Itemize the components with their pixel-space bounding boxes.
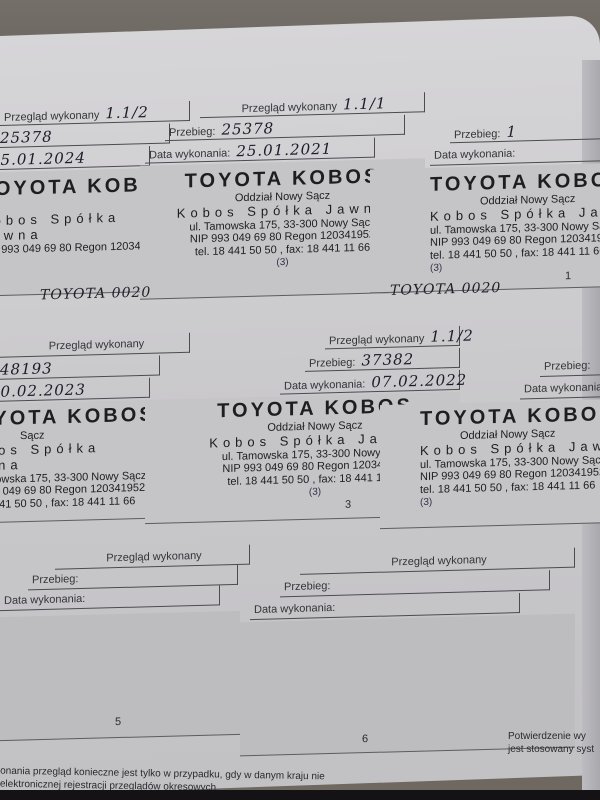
- inspection-card-3: Przebieg:1 Data wykonania: TOYOTA KOBOS …: [370, 97, 600, 294]
- dealer-stamp: TOYOTA KOBOS Oddział Nowy Sącz Kobos Spó…: [430, 168, 600, 274]
- dealer-stamp: TOYOTA KOBOS Sącz Kobos Spółka Jawna ul.…: [0, 404, 160, 513]
- dealer-stamp: TOYOTA KOBOS Oddział Nowy Sącz Kobos Spó…: [420, 402, 600, 508]
- mileage-row: Przebieg:1: [450, 119, 600, 144]
- page-number: 6: [362, 733, 368, 745]
- page-number: 3: [345, 499, 351, 511]
- date-row: Data wykonania:: [520, 377, 600, 400]
- vehicle-note: TOYOTA 0020: [40, 284, 151, 303]
- footnote-right: Potwierdzenie wy jest stosowany syst: [508, 730, 600, 756]
- mileage-row: 48193: [0, 356, 160, 380]
- page-number: 5: [115, 716, 121, 728]
- mileage-row: Przebieg:: [540, 355, 600, 377]
- inspection-card-6: Przebieg: Data wykonania: TOYOTA KOBOS O…: [380, 333, 600, 529]
- date-row: Data wykonania:: [430, 141, 600, 166]
- vehicle-note: TOYOTA 0020: [390, 280, 501, 299]
- date-row: 10.02.2023: [0, 378, 150, 402]
- page-number: 1: [565, 270, 571, 282]
- bottom-shadow: [0, 790, 600, 800]
- inspection-card-7: Przegląd wykonany Przebieg: Data wykonan…: [0, 545, 240, 741]
- date-row: 25.01.2024: [0, 146, 150, 170]
- inspection-card-8: Przegląd wykonany Przebieg: Data wykonan…: [240, 548, 575, 757]
